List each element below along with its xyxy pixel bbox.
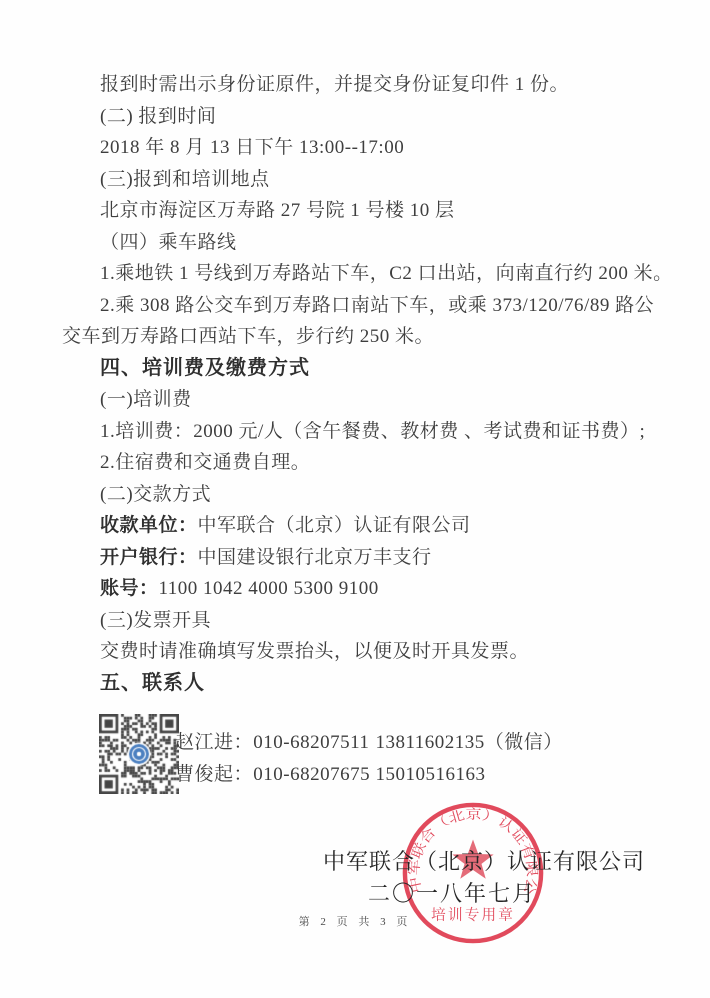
- section-2-heading: (二) 报到时间: [62, 101, 660, 133]
- bank-line: 开户银行：中国建设银行北京万丰支行: [62, 542, 660, 574]
- training-address-line: 北京市海淀区万寿路 27 号院 1 号楼 10 层: [62, 195, 660, 227]
- payment-method-heading: (二)交款方式: [62, 479, 660, 511]
- contact-name: 赵江进：: [175, 727, 248, 759]
- checkin-time-line: 2018 年 8 月 13 日下午 13:00--17:00: [62, 132, 660, 164]
- route-bus-line-1: 2.乘 308 路公交车到万寿路口南站下车，或乘 373/120/76/89 路…: [62, 290, 660, 322]
- contact-mobile: 13811602135（微信）: [376, 732, 563, 753]
- seal-bottom-text: 培训专用章: [431, 905, 515, 923]
- section-3-heading: (三)报到和培训地点: [62, 164, 660, 196]
- account-value: 1100 1042 4000 5300 9100: [159, 578, 379, 599]
- invoice-heading: (三)发票开具: [62, 605, 660, 637]
- contact-list: 赵江进： 010-68207511 13811602135（微信） 曹俊起： 0…: [175, 727, 563, 791]
- qr-code-icon: [99, 714, 179, 794]
- account-line: 账号：1100 1042 4000 5300 9100: [62, 573, 660, 605]
- chapter-5-title: 五、联系人: [62, 668, 660, 700]
- page-number-footer: 第 2 页 共 3 页: [0, 913, 710, 929]
- account-label: 账号：: [100, 578, 159, 599]
- contact-name: 曹俊起：: [175, 759, 248, 791]
- bank-value: 中国建设银行北京万丰支行: [198, 547, 432, 568]
- contact-phone: 010-68207675: [253, 759, 370, 791]
- contact-phone: 010-68207511: [253, 727, 370, 759]
- contact-mobile: 15010516163: [376, 764, 486, 785]
- contact-row: 赵江进： 010-68207511 13811602135（微信）: [175, 727, 563, 759]
- route-subway-line: 1.乘地铁 1 号线到万寿路站下车，C2 口出站，向南直行约 200 米。: [62, 258, 660, 290]
- bank-label: 开户银行：: [100, 547, 198, 568]
- section-4-heading: （四）乘车路线: [62, 227, 660, 259]
- invoice-note-line: 交费时请准确填写发票抬头，以便及时开具发票。: [62, 636, 660, 668]
- fee-item-1: 1.培训费：2000 元/人（含午餐费、教材费 、考试费和证书费）;: [62, 416, 660, 448]
- fee-heading: (一)培训费: [62, 384, 660, 416]
- contact-row: 曹俊起： 010-68207675 15010516163: [175, 759, 563, 791]
- payee-value: 中军联合（北京）认证有限公司: [198, 515, 471, 536]
- route-bus-line-2: 交车到万寿路口西站下车，步行约 250 米。: [62, 321, 660, 353]
- payee-label: 收款单位：: [100, 515, 198, 536]
- scanned-document-page: 报到时需出示身份证原件，并提交身份证复印件 1 份。 (二) 报到时间 2018…: [0, 0, 710, 998]
- fee-item-2: 2.住宿费和交通费自理。: [62, 447, 660, 479]
- signature-company-name: 中军联合（北京）认证有限公司: [323, 845, 645, 876]
- chapter-4-title: 四、培训费及缴费方式: [62, 353, 660, 385]
- signature-date: 二〇一八年七月: [368, 877, 536, 908]
- checkin-note-line: 报到时需出示身份证原件，并提交身份证复印件 1 份。: [62, 69, 660, 101]
- payee-line: 收款单位：中军联合（北京）认证有限公司: [62, 510, 660, 542]
- document-body: 报到时需出示身份证原件，并提交身份证复印件 1 份。 (二) 报到时间 2018…: [62, 69, 660, 699]
